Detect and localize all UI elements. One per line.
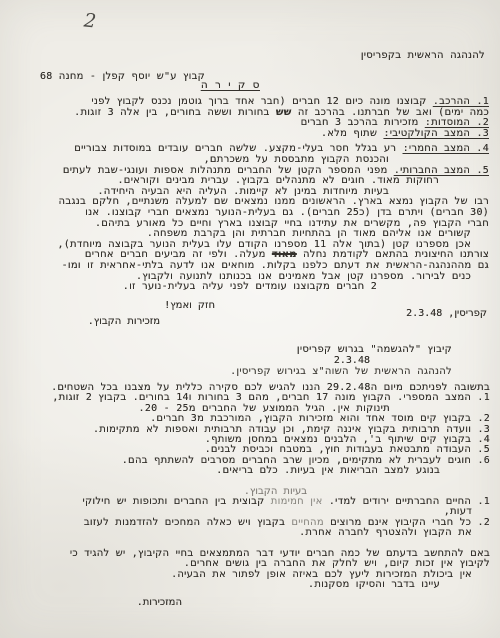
line-text: מזכירות בהרכב 3 חברים bbox=[301, 117, 425, 128]
line-text: והכנסת הקבוץ מתבססת על משכרתם, bbox=[204, 154, 389, 165]
line-text: את הקבוץ ולהצטרף לחברה אחרת. bbox=[299, 527, 472, 538]
doc2-final-paragraph: באם להתחשב בדעתם של כמה חברים יודעי דבר … bbox=[4, 549, 490, 591]
doc2-signature: המזכירות. bbox=[137, 597, 182, 608]
line-text: מפני המספר הקטן של החברים מתנהלות אספות … bbox=[63, 165, 394, 176]
doc2-date: 2.3.48 bbox=[334, 355, 370, 366]
item-label: 5. המצב החברותי. bbox=[394, 165, 489, 176]
line-text: כמה ימים) ואב של חברתנו. בהרכב זה bbox=[292, 107, 489, 118]
line-text: 5. העבודה מתבטאת בעבודות חוץ, במטבח וכבי… bbox=[205, 444, 490, 455]
doc2-header: קיבוץ "להגשמה" בגרוש קפריסין bbox=[297, 344, 452, 355]
line-text: רע בגלל חסר בעלי-מקצע. שלשה חברים עובדים… bbox=[74, 143, 402, 154]
line-text: קשורים אנו אליהם מאוד הן בהתחיות חברתית … bbox=[147, 228, 471, 239]
line-text: צורתנו החיצונית בהתאם לקודמת נחלה bbox=[297, 249, 489, 260]
line-text: קבוצנו מונה כיום 12 חברים (חבר אחד ברוך … bbox=[91, 96, 433, 107]
line-text: שתוף מלא. bbox=[321, 128, 384, 139]
doc1-signature: מזכירות הקבוץ. bbox=[88, 316, 160, 327]
line-text: 1. החיים החברתיים ירודים למדי. bbox=[323, 496, 490, 507]
line-text: בקבוץ ויש כאלה המחכים להזדמנות לעזוב bbox=[84, 517, 292, 528]
line-text: 2 חברים מקבוצנו עומדים לפני עליה בעלית-נ… bbox=[123, 281, 377, 292]
line-text: לקיבוץ אין זכות קיום, ויש לחלק את החברה … bbox=[184, 558, 490, 569]
item-label: 4. המצב החמרי: bbox=[403, 143, 489, 154]
line-text: דעות, bbox=[444, 506, 472, 517]
document-line: בנוגע למצב הבריאות אין בעיות. כלם בריאים… bbox=[4, 466, 490, 476]
line-text: 3. וועדה תרבותית בקבוץ איננה קימת, וכן ע… bbox=[93, 424, 490, 435]
item-label: 3. המצב הקולקטיבי: bbox=[383, 128, 489, 139]
doc2-addressee: להנהגה הראשית של השוה"צ בגירוש קפריסין. bbox=[230, 366, 452, 377]
doc1-title: ס ק י ר ה bbox=[201, 79, 260, 91]
document-line: 1. החיים החברתיים ירודים למדי. אין חמימו… bbox=[4, 497, 490, 507]
line-text: קבוצית בין החברים ותכופות יש חילוקי bbox=[83, 496, 271, 507]
line-text: 2. בקבוץ קים מוסד אחד והוא מזכירות הקבוץ… bbox=[150, 413, 490, 424]
doc1-closing: חזק ואמץ! bbox=[164, 300, 215, 311]
doc2-problems: 1. החיים החברתיים ירודים למדי. אין חמימו… bbox=[4, 497, 490, 539]
scanned-document-page: 2 להנהגה הראשית בקפריסין קבוץ ע"ש יוסף ק… bbox=[0, 0, 500, 638]
doc1-addressee: להנהגה הראשית בקפריסין bbox=[361, 50, 485, 61]
document-line: 3. המצב הקולקטיבי: שתוף מלא. bbox=[6, 129, 489, 140]
line-text: עיינו בדבר והסיקו מסקנות. bbox=[308, 579, 440, 590]
struck-out-word: מאוד bbox=[272, 249, 297, 260]
document-line: 2 חברים מקבוצנו עומדים לפני עליה בעלית-נ… bbox=[6, 282, 489, 293]
doc2-body: בתשובה לפניתכם מיום ה29.2.48 הננו להגיש … bbox=[4, 383, 490, 477]
document-line: את הקבוץ ולהצטרף לחברה אחרת. bbox=[4, 528, 490, 538]
document-line: עיינו בדבר והסיקו מסקנות. bbox=[4, 580, 490, 590]
line-text: כנים לבירור. מספרנו קטן אבל מאמינים אנו … bbox=[136, 271, 471, 282]
line-text: בחורות וששה בחורים, בין אלה 3 זוגות. bbox=[74, 107, 276, 118]
doc1-place-date: קפריסין, 2.3.48 bbox=[406, 308, 487, 319]
faded-text: אין חמימות bbox=[271, 496, 323, 507]
line-text: 1. המצב המספרי. הקבוץ מונה 17 חברים, מהם… bbox=[52, 392, 490, 403]
line-text: רחוקות מאוד. חוגים לא מתנהלים בקבוץ. עבר… bbox=[118, 175, 439, 186]
line-text: גם מההנהגה-הראשית את דעתם כלפנו בקלות. מ… bbox=[62, 260, 489, 271]
line-text: (30 חברים) ויתרם בדן (כ25 חברים). גם בעל… bbox=[85, 207, 489, 218]
item-label: 1. ההרכב. bbox=[433, 96, 489, 107]
doc1-unit-line: קבוץ ע"ש יוסף קפלן - מחנה 68 bbox=[40, 71, 205, 82]
line-text: אין ביכולת המזכירות ליעץ לכם באיזה אופן … bbox=[171, 569, 472, 580]
overtyped-word: שש bbox=[276, 107, 292, 118]
line-text: בנוגע למצב הבריאות אין בעיות. כלם בריאים… bbox=[216, 465, 440, 476]
handwritten-page-number: 2 bbox=[83, 9, 97, 32]
line-text: חברי הקבוץ פה, מקשרים את עתידנו בחיי קבו… bbox=[95, 218, 489, 229]
doc1-body: 1. ההרכב. קבוצנו מונה כיום 12 חברים (חבר… bbox=[6, 97, 489, 293]
line-text: מעלה. ולפי זה מביעים חברים אחרים bbox=[85, 249, 272, 260]
item-label: 2. המוסדות: bbox=[425, 117, 489, 128]
line-text: רבו של הקבוץ נמצא בארץ. הראשונים ממנו נמ… bbox=[59, 196, 489, 207]
